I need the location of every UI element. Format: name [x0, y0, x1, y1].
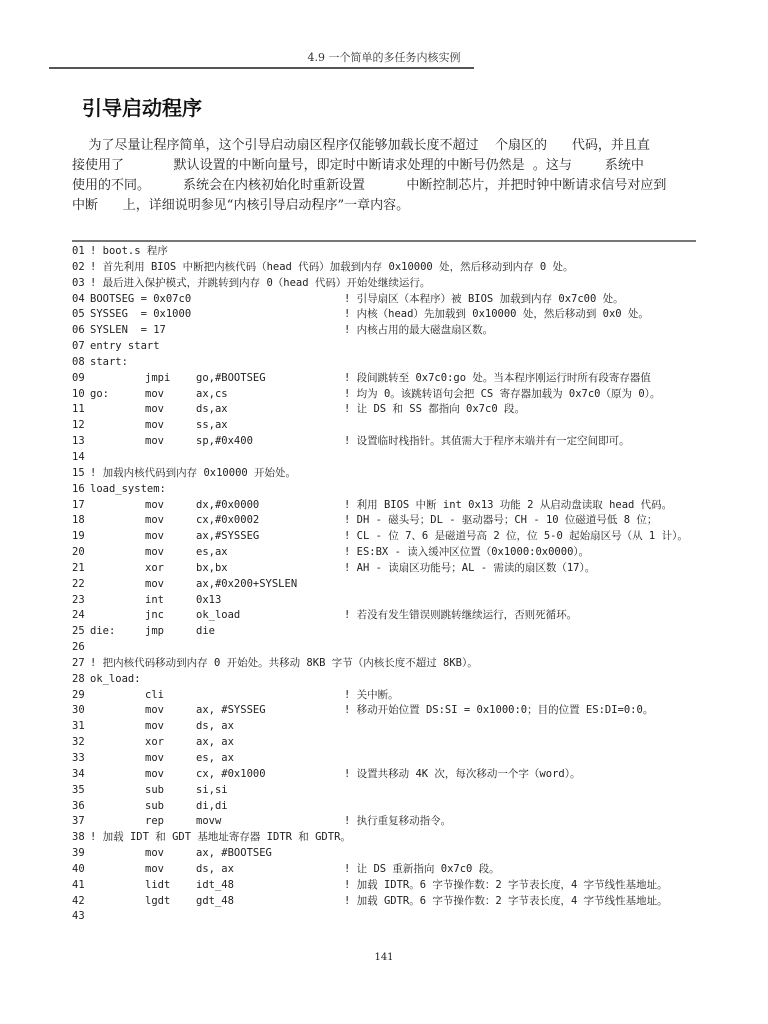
code-op: mov: [145, 513, 164, 529]
code-arg: die: [196, 624, 215, 640]
code-divider: [72, 240, 696, 242]
code-label: go:: [90, 387, 109, 403]
code-line: 05SYSSEG = 0x1000! 内核（head）先加载到 0x10000 …: [72, 307, 702, 323]
code-arg: ds,ax: [196, 402, 228, 418]
code-arg: ax, #BOOTSEG: [196, 846, 272, 862]
code-line: 26: [72, 640, 702, 656]
code-comment: ! 关中断。: [344, 688, 399, 704]
code-line: 29cli! 关中断。: [72, 688, 702, 704]
code-line: 43: [72, 909, 702, 925]
code-op: sub: [145, 783, 164, 799]
code-arg: idt_48: [196, 878, 234, 894]
running-header: 4.9 一个简单的多任务内核实例: [0, 49, 768, 65]
code-comment: ! 加载 IDTR。6 字节操作数：2 字节表长度，4 字节线性基地址。: [344, 878, 668, 894]
code-line: 40movds, ax! 让 DS 重新指向 0x7c0 段。: [72, 862, 702, 878]
code-arg: bx,bx: [196, 561, 228, 577]
intro-line: 为了尽量让程序简单，这个引导启动扇区程序仅能够加载长度不超过 个扇区的 代码，并…: [72, 136, 697, 156]
code-listing: 01! boot.s 程序02! 首先利用 BIOS 中断把内核代码（head …: [72, 244, 702, 925]
code-arg: ax, #SYSSEG: [196, 703, 266, 719]
code-num: 34: [72, 767, 85, 783]
code-num: 30: [72, 703, 85, 719]
code-line: 09jmpigo,#BOOTSEG! 段间跳转至 0x7c0:go 处。当本程序…: [72, 371, 702, 387]
code-comment: ! 引导扇区（本程序）被 BIOS 加载到内存 0x7c00 处。: [344, 292, 624, 308]
code-line: 33moves, ax: [72, 751, 702, 767]
code-arg: sp,#0x400: [196, 434, 253, 450]
code-comment: ! 移动开始位置 DS:SI = 0x1000:0；目的位置 ES:DI=0:0…: [344, 703, 653, 719]
code-arg: ds, ax: [196, 862, 234, 878]
code-num: 40: [72, 862, 85, 878]
code-arg: movw: [196, 814, 221, 830]
code-num: 41: [72, 878, 85, 894]
code-comment: ! CL - 位 7、6 是磁道号高 2 位，位 5-0 起始扇区号（从 1 计…: [344, 529, 688, 545]
code-num: 43: [72, 909, 85, 925]
code-line: 08start:: [72, 355, 702, 371]
code-num: 06: [72, 323, 85, 339]
code-num: 03: [72, 276, 85, 292]
code-num: 37: [72, 814, 85, 830]
code-arg: ax,cs: [196, 387, 228, 403]
code-op: mov: [145, 767, 164, 783]
code-num: 18: [72, 513, 85, 529]
code-comment: ! 让 DS 重新指向 0x7c0 段。: [344, 862, 500, 878]
code-op: mov: [145, 418, 164, 434]
code-arg: ds, ax: [196, 719, 234, 735]
code-full: SYSSEG = 0x1000: [90, 307, 191, 323]
code-num: 36: [72, 799, 85, 815]
code-comment: ! 若没有发生错误则跳转继续运行，否则死循环。: [344, 608, 577, 624]
intro-line: 中断 上，详细说明参见“内核引导启动程序”一章内容。: [72, 196, 697, 216]
code-num: 10: [72, 387, 85, 403]
code-op: mov: [145, 719, 164, 735]
code-num: 19: [72, 529, 85, 545]
code-num: 25: [72, 624, 85, 640]
code-line: 07entry start: [72, 339, 702, 355]
code-op: mov: [145, 703, 164, 719]
code-full: ok_load:: [90, 672, 141, 688]
code-op: mov: [145, 577, 164, 593]
code-arg: 0x13: [196, 593, 221, 609]
code-num: 12: [72, 418, 85, 434]
code-op: mov: [145, 498, 164, 514]
code-num: 14: [72, 450, 85, 466]
code-line: 03! 最后进入保护模式，并跳转到内存 0（head 代码）开始处继续运行。: [72, 276, 702, 292]
code-num: 17: [72, 498, 85, 514]
code-line: 01! boot.s 程序: [72, 244, 702, 260]
code-full: BOOTSEG = 0x07c0: [90, 292, 191, 308]
code-full: entry start: [90, 339, 160, 355]
code-line: 27! 把内核代码移动到内存 0 开始处。共移动 8KB 字节（内核长度不超过 …: [72, 656, 702, 672]
code-arg: es,ax: [196, 545, 228, 561]
code-comment: ! 设置共移动 4K 次，每次移动一个字（word）。: [344, 767, 580, 783]
code-op: cli: [145, 688, 164, 704]
code-op: xor: [145, 561, 164, 577]
code-op: mov: [145, 846, 164, 862]
code-line: 34movcx, #0x1000! 设置共移动 4K 次，每次移动一个字（wor…: [72, 767, 702, 783]
code-op: mov: [145, 434, 164, 450]
code-line: 17movdx,#0x0000! 利用 BIOS 中断 int 0x13 功能 …: [72, 498, 702, 514]
code-num: 31: [72, 719, 85, 735]
code-num: 27: [72, 656, 85, 672]
code-num: 08: [72, 355, 85, 371]
code-full: ! 首先利用 BIOS 中断把内核代码（head 代码）加载到内存 0x1000…: [90, 260, 574, 276]
code-comment: ! 加载 GDTR。6 字节操作数：2 字节表长度，4 字节线性基地址。: [344, 894, 668, 910]
code-op: mov: [145, 387, 164, 403]
code-num: 29: [72, 688, 85, 704]
code-line: 37repmovw! 执行重复移动指令。: [72, 814, 702, 830]
code-num: 23: [72, 593, 85, 609]
code-arg: si,si: [196, 783, 228, 799]
code-full: ! 把内核代码移动到内存 0 开始处。共移动 8KB 字节（内核长度不超过 8K…: [90, 656, 478, 672]
section-title: 引导启动程序: [82, 92, 202, 121]
code-line: 31movds, ax: [72, 719, 702, 735]
code-num: 02: [72, 260, 85, 276]
code-arg: cx,#0x0002: [196, 513, 259, 529]
code-num: 33: [72, 751, 85, 767]
code-line: 30movax, #SYSSEG! 移动开始位置 DS:SI = 0x1000:…: [72, 703, 702, 719]
code-comment: ! DH - 磁头号；DL - 驱动器号；CH - 10 位磁道号低 8 位；: [344, 513, 657, 529]
code-comment: ! 设置临时栈指针。其值需大于程序末端并有一定空间即可。: [344, 434, 630, 450]
code-comment: ! 均为 0。该跳转语句会把 CS 寄存器加载为 0x7c0（原为 0）。: [344, 387, 660, 403]
code-num: 24: [72, 608, 85, 624]
code-line: 25die:jmpdie: [72, 624, 702, 640]
code-op: sub: [145, 799, 164, 815]
code-num: 38: [72, 830, 85, 846]
code-op: mov: [145, 862, 164, 878]
code-op: rep: [145, 814, 164, 830]
code-full: ! 加载内核代码到内存 0x10000 开始处。: [90, 466, 296, 482]
code-comment: ! 内核（head）先加载到 0x10000 处，然后移动到 0x0 处。: [344, 307, 649, 323]
code-num: 16: [72, 482, 85, 498]
code-num: 28: [72, 672, 85, 688]
code-full: start:: [90, 355, 128, 371]
code-num: 35: [72, 783, 85, 799]
code-line: 39movax, #BOOTSEG: [72, 846, 702, 862]
code-line: 16load_system:: [72, 482, 702, 498]
code-op: mov: [145, 529, 164, 545]
code-line: 42lgdtgdt_48! 加载 GDTR。6 字节操作数：2 字节表长度，4 …: [72, 894, 702, 910]
code-comment: ! 利用 BIOS 中断 int 0x13 功能 2 从启动盘读取 head 代…: [344, 498, 672, 514]
code-num: 05: [72, 307, 85, 323]
code-line: 06SYSLEN = 17! 内核占用的最大磁盘扇区数。: [72, 323, 702, 339]
code-line: 11movds,ax! 让 DS 和 SS 都指向 0x7c0 段。: [72, 402, 702, 418]
code-op: lgdt: [145, 894, 170, 910]
code-comment: ! 执行重复移动指令。: [344, 814, 451, 830]
code-line: 41lidtidt_48! 加载 IDTR。6 字节操作数：2 字节表长度，4 …: [72, 878, 702, 894]
code-line: 36subdi,di: [72, 799, 702, 815]
code-num: 20: [72, 545, 85, 561]
code-num: 13: [72, 434, 85, 450]
page-number: 141: [0, 952, 768, 963]
code-line: 20moves,ax! ES:BX - 读入缓冲区位置（0x1000:0x000…: [72, 545, 702, 561]
code-op: lidt: [145, 878, 170, 894]
code-line: 22movax,#0x200+SYSLEN: [72, 577, 702, 593]
code-arg: dx,#0x0000: [196, 498, 259, 514]
code-line: 38! 加载 IDT 和 GDT 基地址寄存器 IDTR 和 GDTR。: [72, 830, 702, 846]
intro-paragraph: 为了尽量让程序简单，这个引导启动扇区程序仅能够加载长度不超过 个扇区的 代码，并…: [72, 136, 697, 216]
code-num: 26: [72, 640, 85, 656]
code-arg: go,#BOOTSEG: [196, 371, 266, 387]
code-op: xor: [145, 735, 164, 751]
code-comment: ! AH - 读扇区功能号；AL - 需读的扇区数（17）。: [344, 561, 595, 577]
code-num: 39: [72, 846, 85, 862]
code-op: jmpi: [145, 371, 170, 387]
code-full: ! 加载 IDT 和 GDT 基地址寄存器 IDTR 和 GDTR。: [90, 830, 351, 846]
code-num: 11: [72, 402, 85, 418]
code-arg: ax,#SYSSEG: [196, 529, 259, 545]
code-comment: ! 内核占用的最大磁盘扇区数。: [344, 323, 493, 339]
code-op: mov: [145, 751, 164, 767]
code-line: 02! 首先利用 BIOS 中断把内核代码（head 代码）加载到内存 0x10…: [72, 260, 702, 276]
code-full: SYSLEN = 17: [90, 323, 166, 339]
code-arg: gdt_48: [196, 894, 234, 910]
code-line: 24jncok_load! 若没有发生错误则跳转继续运行，否则死循环。: [72, 608, 702, 624]
code-line: 10go:movax,cs! 均为 0。该跳转语句会把 CS 寄存器加载为 0x…: [72, 387, 702, 403]
code-op: int: [145, 593, 164, 609]
code-label: die:: [90, 624, 115, 640]
code-arg: ax,#0x200+SYSLEN: [196, 577, 297, 593]
code-line: 18movcx,#0x0002! DH - 磁头号；DL - 驱动器号；CH -…: [72, 513, 702, 529]
code-line: 21xorbx,bx! AH - 读扇区功能号；AL - 需读的扇区数（17）。: [72, 561, 702, 577]
code-arg: es, ax: [196, 751, 234, 767]
code-num: 21: [72, 561, 85, 577]
code-num: 42: [72, 894, 85, 910]
code-num: 07: [72, 339, 85, 355]
code-line: 23int0x13: [72, 593, 702, 609]
code-op: mov: [145, 402, 164, 418]
code-line: 14: [72, 450, 702, 466]
code-op: mov: [145, 545, 164, 561]
code-line: 15! 加载内核代码到内存 0x10000 开始处。: [72, 466, 702, 482]
code-num: 22: [72, 577, 85, 593]
code-num: 32: [72, 735, 85, 751]
code-arg: cx, #0x1000: [196, 767, 266, 783]
code-op: jmp: [145, 624, 164, 640]
code-full: load_system:: [90, 482, 166, 498]
code-num: 15: [72, 466, 85, 482]
intro-line: 接使用了 默认设置的中断向量号，即定时中断请求处理的中断号仍然是 。这与 系统中: [72, 156, 697, 176]
code-num: 09: [72, 371, 85, 387]
code-line: 28ok_load:: [72, 672, 702, 688]
header-divider: [49, 67, 474, 69]
code-arg: ax, ax: [196, 735, 234, 751]
code-comment: ! 段间跳转至 0x7c0:go 处。当本程序刚运行时所有段寄存器值: [344, 371, 651, 387]
code-full: ! boot.s 程序: [90, 244, 168, 260]
code-line: 12movss,ax: [72, 418, 702, 434]
code-line: 19movax,#SYSSEG! CL - 位 7、6 是磁道号高 2 位，位 …: [72, 529, 702, 545]
code-full: ! 最后进入保护模式，并跳转到内存 0（head 代码）开始处继续运行。: [90, 276, 430, 292]
code-comment: ! 让 DS 和 SS 都指向 0x7c0 段。: [344, 402, 525, 418]
code-op: jnc: [145, 608, 164, 624]
code-line: 35subsi,si: [72, 783, 702, 799]
code-comment: ! ES:BX - 读入缓冲区位置（0x1000:0x0000）。: [344, 545, 589, 561]
code-num: 01: [72, 244, 85, 260]
code-num: 04: [72, 292, 85, 308]
code-arg: di,di: [196, 799, 228, 815]
code-arg: ss,ax: [196, 418, 228, 434]
code-line: 13movsp,#0x400! 设置临时栈指针。其值需大于程序末端并有一定空间即…: [72, 434, 702, 450]
code-arg: ok_load: [196, 608, 240, 624]
code-line: 04BOOTSEG = 0x07c0! 引导扇区（本程序）被 BIOS 加载到内…: [72, 292, 702, 308]
code-line: 32xorax, ax: [72, 735, 702, 751]
intro-line: 使用的不同。 系统会在内核初始化时重新设置 中断控制芯片，并把时钟中断请求信号对…: [72, 176, 697, 196]
